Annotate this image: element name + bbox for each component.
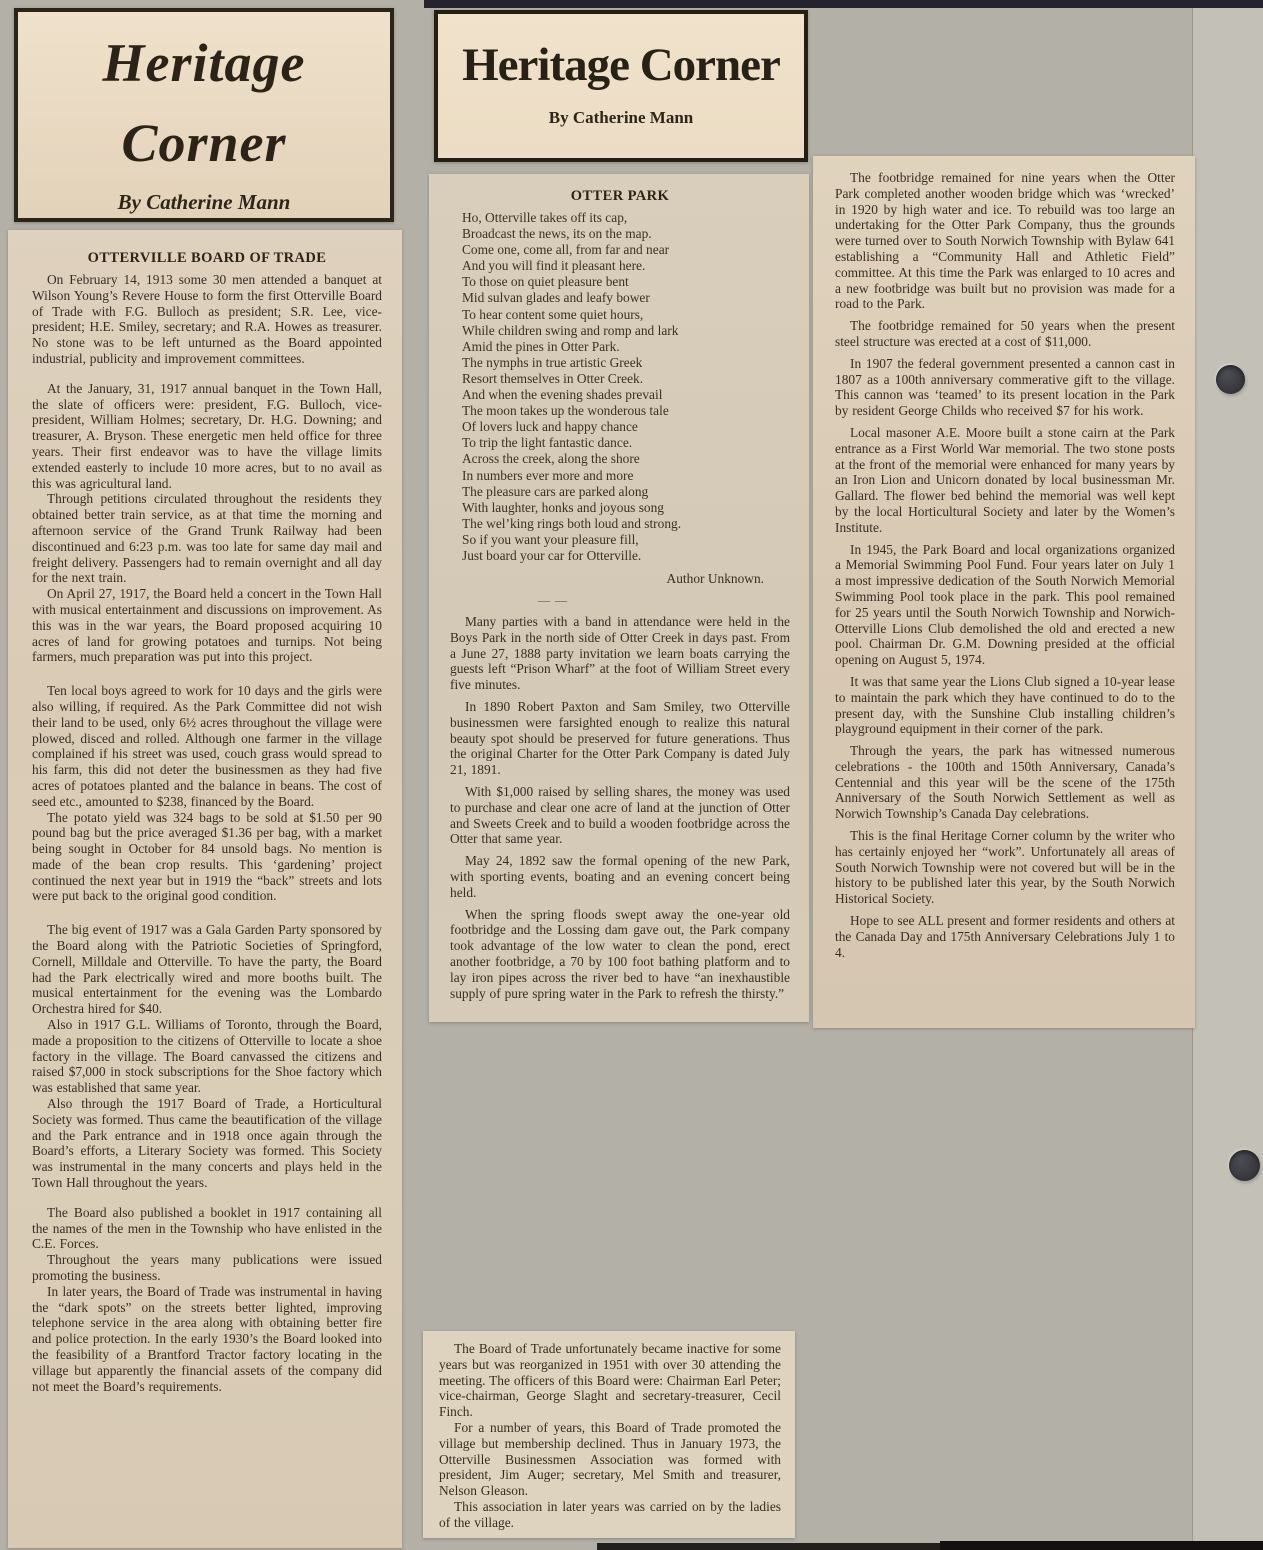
- poem-line: Resort themselves in Otter Creek.: [450, 371, 790, 387]
- article-paragraph: At the January, 31, 1917 annual banquet …: [32, 381, 382, 492]
- binder-bottom-edge-dark: [940, 1541, 1263, 1550]
- binder-top-edge: [424, 0, 1263, 8]
- poem-line: Of lovers luck and happy chance: [450, 419, 790, 435]
- article-paragraph: The potato yield was 324 bags to be sold…: [32, 810, 382, 905]
- article-paragraph: Many parties with a band in attendance w…: [450, 614, 790, 693]
- poem-line: To hear content some quiet hours,: [450, 307, 790, 323]
- right-article-clipping: The footbridge remained for nine years w…: [813, 156, 1195, 1028]
- punch-hole-top: [1216, 365, 1245, 394]
- article-paragraph: The footbridge remained for nine years w…: [835, 170, 1175, 312]
- poem-line: So if you want your pleasure fill,: [450, 532, 790, 548]
- poem-line: And you will find it pleasant here.: [450, 258, 790, 274]
- middle-masthead-clipping: Heritage Corner By Catherine Mann: [434, 10, 808, 162]
- poem-line: To those on quiet pleasure bent: [450, 274, 790, 290]
- article-paragraph: The Board also published a booklet in 19…: [32, 1205, 382, 1252]
- article-paragraph: For a number of years, this Board of Tra…: [439, 1420, 781, 1499]
- article-paragraph: In later years, the Board of Trade was i…: [32, 1284, 382, 1395]
- poem-line: To trip the light fantastic dance.: [450, 435, 790, 451]
- article-paragraph: This is the final Heritage Corner column…: [835, 828, 1175, 907]
- masthead-title-line2: Corner: [18, 106, 390, 180]
- masthead-byline: By Catherine Mann: [18, 190, 390, 215]
- poem-line: The nymphs in true artistic Greek: [450, 355, 790, 371]
- article-paragraph: Local masoner A.E. Moore built a stone c…: [835, 425, 1175, 536]
- article-paragraph: It was that same year the Lions Club sig…: [835, 674, 1175, 737]
- masthead-title: Heritage Corner: [438, 40, 804, 90]
- middle-article-clipping: OTTER PARK Ho, Otterville takes off its …: [429, 174, 809, 1022]
- article-paragraph: The Board of Trade unfortunately became …: [439, 1341, 781, 1420]
- masthead-title-line1: Heritage: [18, 26, 390, 100]
- article-paragraph: With $1,000 raised by selling shares, th…: [450, 784, 790, 847]
- poem-line: In numbers ever more and more: [450, 468, 790, 484]
- article-paragraph: This association in later years was carr…: [439, 1499, 781, 1531]
- article-heading: OTTERVILLE BOARD OF TRADE: [32, 250, 382, 267]
- poem-line: Amid the pines in Otter Park.: [450, 339, 790, 355]
- poem-line: Across the creek, along the shore: [450, 451, 790, 467]
- poem-line: Just board your car for Otterville.: [450, 548, 790, 564]
- bottom-article-clipping: The Board of Trade unfortunately became …: [423, 1331, 795, 1538]
- poem-line: The moon takes up the wonderous tale: [450, 403, 790, 419]
- article-paragraph: Through petitions circulated throughout …: [32, 491, 382, 586]
- left-article-clipping: OTTERVILLE BOARD OF TRADE On February 14…: [8, 230, 402, 1548]
- article-paragraph: In 1907 the federal government presented…: [835, 356, 1175, 419]
- poem-line: Come one, come all, from far and near: [450, 242, 790, 258]
- article-paragraph: On April 27, 1917, the Board held a conc…: [32, 586, 382, 665]
- article-paragraph: Ten local boys agreed to work for 10 day…: [32, 683, 382, 809]
- article-paragraph: Through the years, the park has witnesse…: [835, 743, 1175, 822]
- dash-separator: — —: [538, 593, 790, 608]
- article-paragraph: The footbridge remained for 50 years whe…: [835, 318, 1175, 350]
- article-paragraph: May 24, 1892 saw the formal opening of t…: [450, 853, 790, 900]
- poem-line: While children swing and romp and lark: [450, 323, 790, 339]
- article-paragraph: On February 14, 1913 some 30 men attende…: [32, 272, 382, 367]
- poem-line: Ho, Otterville takes off its cap,: [450, 210, 790, 226]
- article-paragraph: When the spring floods swept away the on…: [450, 907, 790, 1002]
- page-right-edge: [1192, 0, 1263, 1550]
- poem-line: The wel’king rings both loud and strong.: [450, 516, 790, 532]
- poem-line: Mid sulvan glades and leafy bower: [450, 290, 790, 306]
- article-paragraph: Throughout the years many publications w…: [32, 1252, 382, 1284]
- punch-hole-bottom: [1229, 1150, 1260, 1181]
- masthead-byline: By Catherine Mann: [438, 108, 804, 128]
- article-paragraph: Hope to see ALL present and former resid…: [835, 913, 1175, 960]
- article-heading: OTTER PARK: [450, 188, 790, 205]
- article-paragraph: Also in 1917 G.L. Williams of Toronto, t…: [32, 1017, 382, 1096]
- article-paragraph: The big event of 1917 was a Gala Garden …: [32, 922, 382, 1017]
- article-paragraph: In 1890 Robert Paxton and Sam Smiley, tw…: [450, 699, 790, 778]
- article-paragraph: In 1945, the Park Board and local organi…: [835, 542, 1175, 668]
- poem-line: And when the evening shades prevail: [450, 387, 790, 403]
- scrapbook-page: Heritage Corner By Catherine Mann OTTERV…: [0, 0, 1263, 1550]
- poem-line: Broadcast the news, its on the map.: [450, 226, 790, 242]
- poem-attribution: Author Unknown.: [450, 571, 790, 587]
- left-masthead-clipping: Heritage Corner By Catherine Mann: [14, 8, 394, 222]
- article-paragraph: Also through the 1917 Board of Trade, a …: [32, 1096, 382, 1191]
- poem-line: The pleasure cars are parked along: [450, 484, 790, 500]
- poem-line: With laughter, honks and joyous song: [450, 500, 790, 516]
